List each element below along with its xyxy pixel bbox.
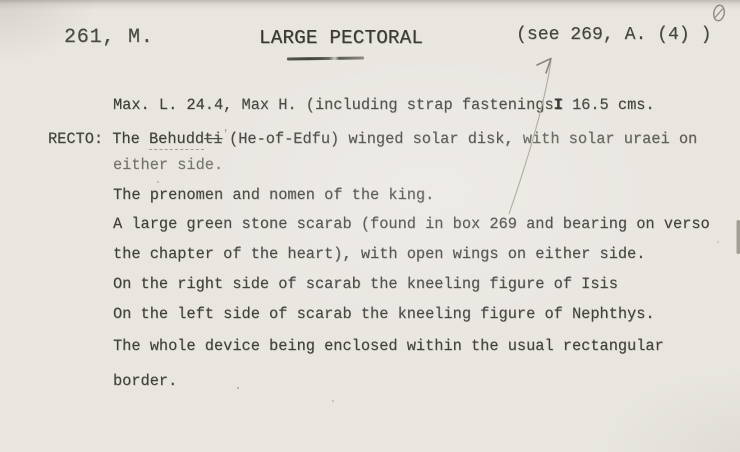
text-line: either side. (113, 156, 223, 174)
text-line: the chapter of the heart), with open win… (113, 245, 645, 263)
catalog-card-page: 261, M. LARGE PECTORAL (see 269, A. (4) … (0, 0, 740, 452)
edge-stain (737, 220, 740, 254)
page-title: LARGE PECTORAL (259, 29, 423, 47)
paper-speck (157, 181, 159, 183)
overstrike-mark: I (554, 96, 563, 114)
recto-label: RECTO: (48, 130, 112, 148)
text-line: The prenomen and nomen of the king. (113, 186, 434, 204)
measurement-units: 16.5 cms. (563, 96, 655, 114)
recto-text-pre: The (112, 130, 149, 148)
recto-text-end: with solar uraei on (523, 130, 697, 148)
cross-reference: (see 269, A. (4) ) (516, 26, 711, 44)
title-underline (287, 56, 364, 60)
struck-letters: ti (204, 130, 222, 148)
text-line: A large green stone scarab (found in box… (113, 215, 710, 233)
pencil-arrow-head-icon (537, 59, 551, 74)
corner-mark-circle (713, 4, 726, 21)
text-line: The whole device being enclosed within t… (113, 337, 664, 355)
text-line: border. (113, 372, 177, 390)
measurement-text: Max. L. 24.4, Max H. (including strap fa… (113, 96, 554, 114)
corner-mark-slash (715, 8, 723, 19)
corner-mark-icon (713, 4, 726, 21)
item-number: 261, M. (64, 29, 154, 47)
recto-line: RECTO: The Behuddti'(He-of-Edfu) winged … (48, 126, 697, 148)
text-line: On the right side of scarab the kneeling… (113, 275, 618, 293)
paper-speck (332, 400, 334, 402)
recto-text-mid: (He-of-Edfu) winged solar disk, (229, 130, 523, 148)
paper-speck (717, 241, 719, 243)
measurement-line: Max. L. 24.4, Max H. (including strap fa… (113, 96, 655, 114)
paper-speck (237, 387, 239, 389)
behudd-underlined-word: Behudd (149, 130, 204, 150)
text-line: On the left side of scarab the kneeling … (113, 305, 655, 323)
